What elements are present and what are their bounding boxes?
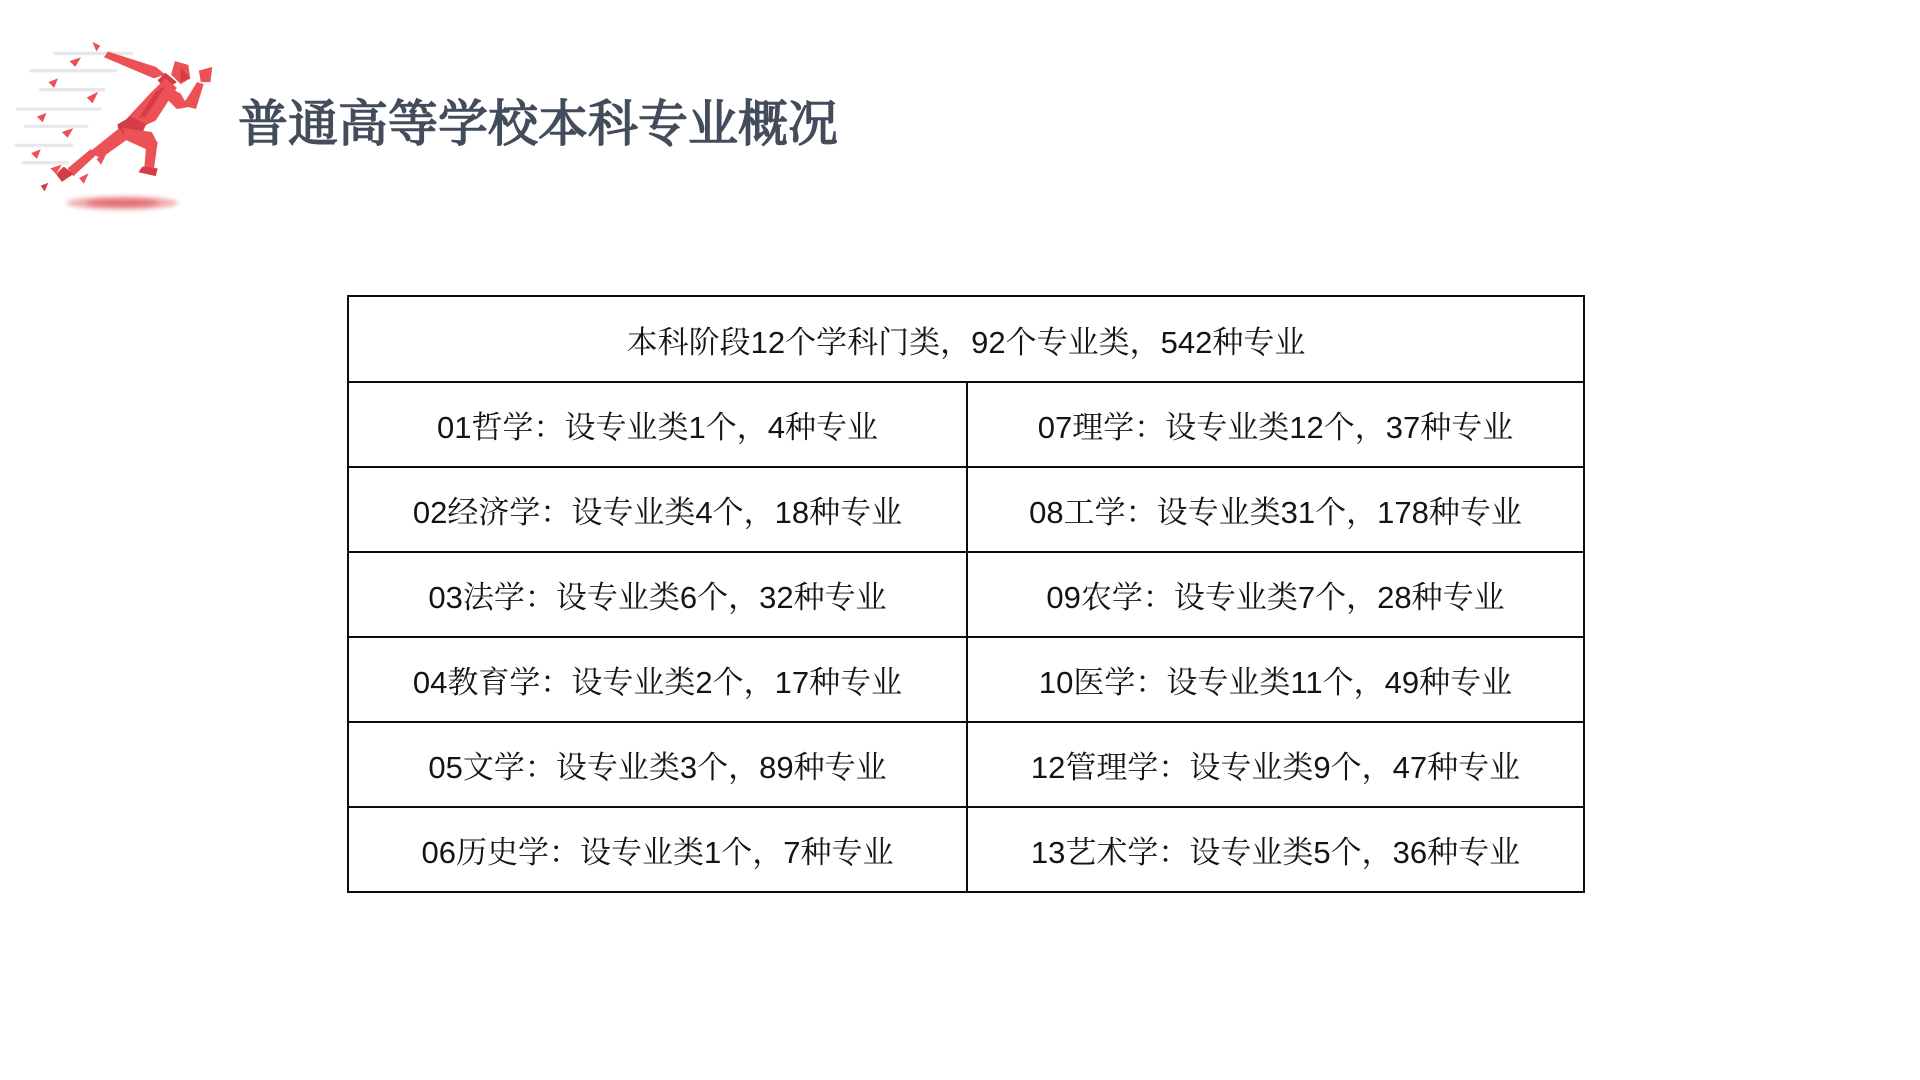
table-row: 01哲学：设专业类1个，4种专业 07理学：设专业类12个，37种专业 [349,381,1583,466]
runner-icon [12,18,242,223]
cell-education: 04教育学：设专业类2个，17种专业 [349,638,966,721]
cell-management: 12管理学：设专业类9个，47种专业 [966,723,1583,806]
cell-science: 07理学：设专业类12个，37种专业 [966,383,1583,466]
table-row: 06历史学：设专业类1个，7种专业 13艺术学：设专业类5个，36种专业 [349,806,1583,891]
cell-engineering: 08工学：设专业类31个，178种专业 [966,468,1583,551]
cell-literature: 05文学：设专业类3个，89种专业 [349,723,966,806]
cell-medicine: 10医学：设专业类11个，49种专业 [966,638,1583,721]
cell-law: 03法学：设专业类6个，32种专业 [349,553,966,636]
cell-philosophy: 01哲学：设专业类1个，4种专业 [349,383,966,466]
cell-history: 06历史学：设专业类1个，7种专业 [349,808,966,891]
table-header: 本科阶段12个学科门类，92个专业类，542种专业 [349,297,1583,381]
runner-shadow-core [86,199,159,207]
cell-agriculture: 09农学：设专业类7个，28种专业 [966,553,1583,636]
table-row: 04教育学：设专业类2个，17种专业 10医学：设专业类11个，49种专业 [349,636,1583,721]
cell-economics: 02经济学：设专业类4个，18种专业 [349,468,966,551]
table-row: 02经济学：设专业类4个，18种专业 08工学：设专业类31个，178种专业 [349,466,1583,551]
slide: 普通高等学校本科专业概况 本科阶段12个学科门类，92个专业类，542种专业 0… [0,0,1920,1080]
cell-art: 13艺术学：设专业类5个，36种专业 [966,808,1583,891]
page-title: 普通高等学校本科专业概况 [238,84,838,156]
runner-logo [12,18,242,223]
table-row: 05文学：设专业类3个，89种专业 12管理学：设专业类9个，47种专业 [349,721,1583,806]
table-row: 03法学：设专业类6个，32种专业 09农学：设专业类7个，28种专业 [349,551,1583,636]
overview-table: 本科阶段12个学科门类，92个专业类，542种专业 01哲学：设专业类1个，4种… [347,295,1585,893]
